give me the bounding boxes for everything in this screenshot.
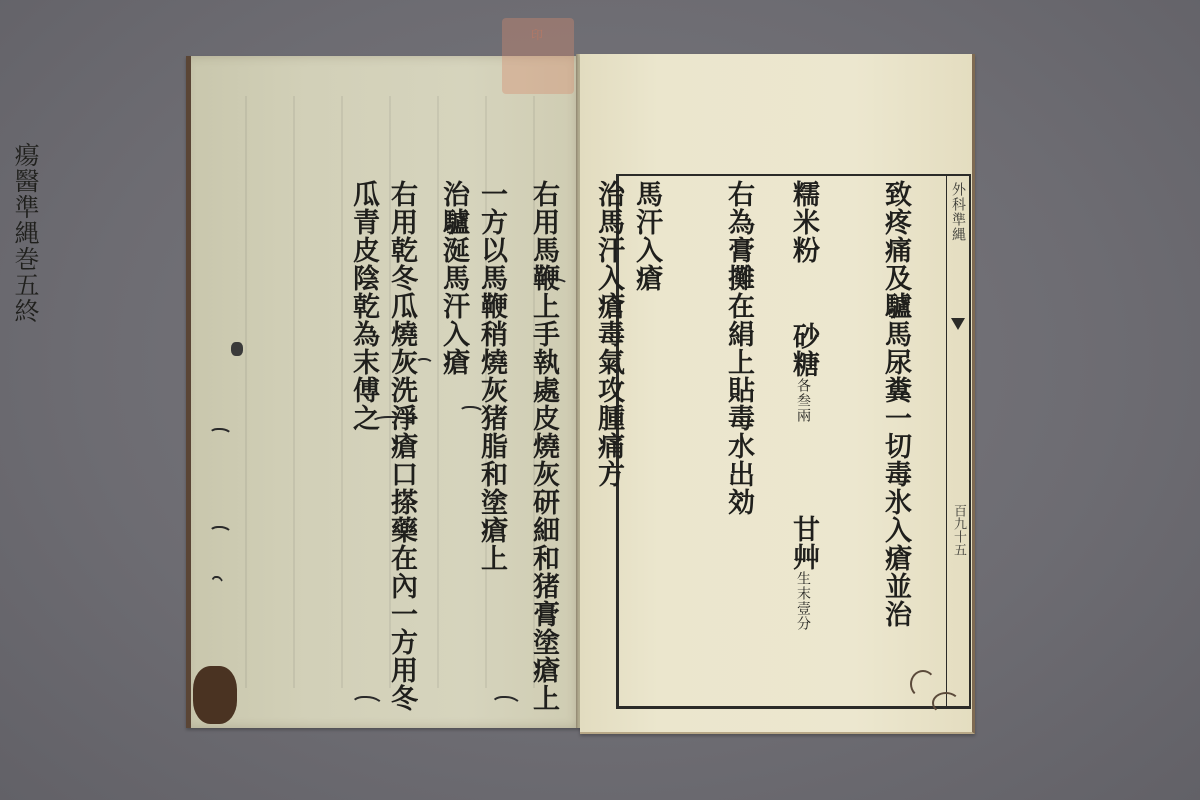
worm-damage — [932, 692, 960, 714]
text-column-7: 一方以馬鞭稍燒灰猪脂和塗瘡上 — [472, 180, 524, 700]
colophon: 瘍醫準縄巻五終 — [6, 142, 344, 700]
fishtail-mark-icon — [951, 318, 965, 330]
seal-glyph: 印 — [510, 26, 566, 43]
text-column-2: 糯米粉砂糖各叁兩甘艸生末壹分 — [784, 180, 876, 700]
ownership-seal: 印 — [502, 18, 574, 94]
text-column-1: 致疼痛及驢馬尿糞一切毒氷入瘡並治 — [876, 180, 941, 700]
text-column-3: 右為膏攤在絹上貼毒水出効 — [719, 180, 784, 700]
printed-frame: 外科準縄 百九十五 致疼痛及驢馬尿糞一切毒氷入瘡並治 糯米粉砂糖各叁兩甘艸生末壹… — [616, 174, 971, 709]
ingredient-amount: 各叁兩 — [796, 378, 810, 423]
text-column-4: 馬汗入瘡 — [627, 180, 719, 700]
text-column-8: 治驢涎馬汗入瘡 — [434, 180, 472, 700]
text-column-10: 瓜青皮陰乾為末傅之 — [344, 180, 382, 700]
right-page: 外科準縄 百九十五 致疼痛及驢馬尿糞一切毒氷入瘡並治 糯米粉砂糖各叁兩甘艸生末壹… — [580, 54, 975, 734]
ingredient-name: 砂糖 — [788, 322, 819, 378]
hanshin-title: 外科準縄 — [949, 182, 967, 242]
text-column-6: 右用馬鞭上手執處皮燒灰研細和猪膏塗瘡上 — [524, 180, 589, 700]
open-book: 外科準縄 百九十五 致疼痛及驢馬尿糞一切毒氷入瘡並治 糯米粉砂糖各叁兩甘艸生末壹… — [186, 52, 976, 732]
text-column-9: 右用乾冬瓜燒灰洗淨瘡口搽藥在內一方用冬 — [382, 180, 434, 700]
main-text: 致疼痛及驢馬尿糞一切毒氷入瘡並治 糯米粉砂糖各叁兩甘艸生末壹分 右為膏攤在絹上貼… — [6, 180, 941, 700]
text-column-10-body: 瓜青皮陰乾為末傅之 — [348, 180, 379, 432]
hanshin-page-number: 百九十五 — [949, 504, 967, 556]
ingredient-amount: 生末壹分 — [796, 571, 810, 631]
center-column-hanshin: 外科準縄 百九十五 — [946, 176, 969, 706]
worm-damage — [910, 670, 936, 698]
text-column-5: 治馬汗入瘡毒氣攻腫痛方 — [589, 180, 627, 700]
ingredient-name: 甘艸 — [788, 515, 819, 571]
ingredient-name: 糯米粉 — [788, 180, 819, 264]
